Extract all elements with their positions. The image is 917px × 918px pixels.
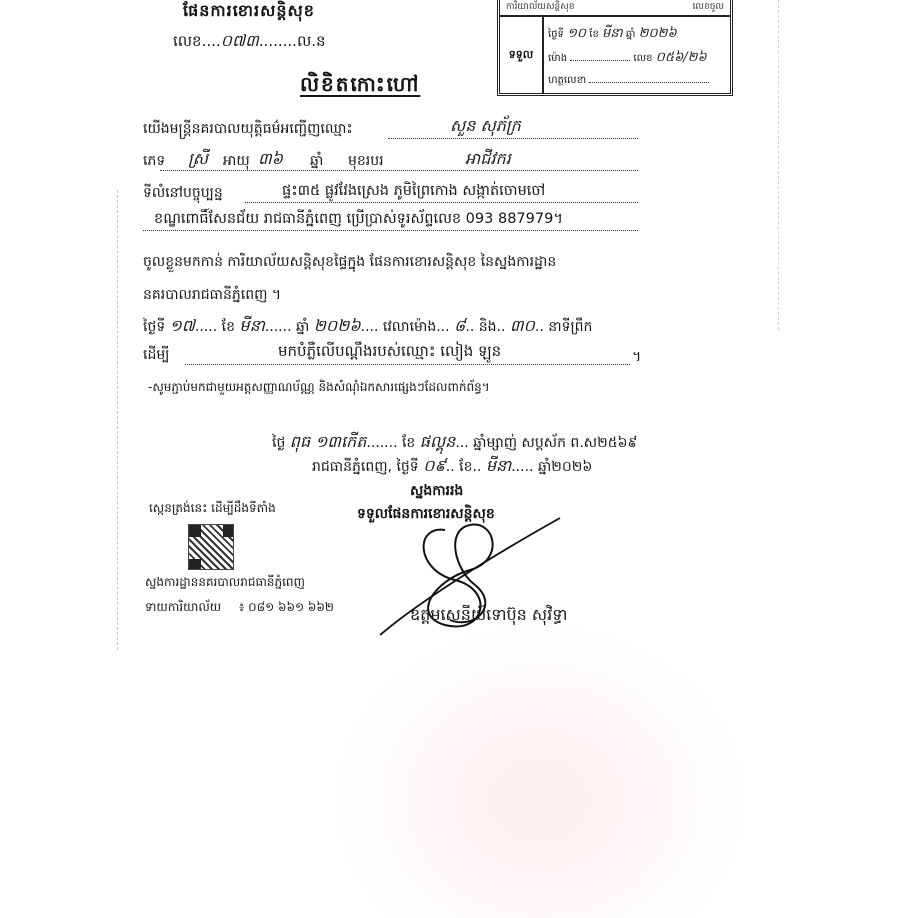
age-unit: ឆ្នាំ [310, 154, 323, 168]
qr-phone: ទាយការិយាល័យ ៖ ០៨១ ៦៦១ ៦៦២ [145, 601, 334, 613]
day-value: ១៧ [170, 316, 195, 335]
receipt-stamp: ការិយាល័យសន្តិសុខ លេខចូល ទទួល ថ្ងៃទី ១០ … [497, 0, 733, 96]
stamp-day: ១០ [567, 26, 586, 41]
person-name: សួន សុភ័ក្រ [450, 118, 521, 134]
fold-line-right [778, 0, 780, 330]
address-label: ទីលំនៅបច្ចុប្បន្ន [143, 186, 223, 200]
stamp-month-label: ខែ [589, 29, 599, 40]
signer-name: ឧត្តមសេនីយ៍ទោប៊ុន សុវិទ្ធា [410, 607, 567, 623]
month-value: មីនា [239, 316, 264, 335]
issue-month-label: ខែ [459, 459, 472, 475]
stamp-office: ការិយាល័យសន្តិសុខ [506, 1, 575, 13]
qr-agency: ស្នងការដ្ឋាននគរបាលរាជធានីភ្នំពេញ [145, 576, 305, 588]
minute-value: ៣០ [510, 316, 535, 335]
time-label: វេលាម៉ោង [383, 319, 436, 335]
purpose-label: ដើម្បី [143, 348, 169, 362]
issue-month: មីនា [486, 456, 511, 475]
lunar-month: ផល្គុន [420, 432, 456, 451]
lunar-prefix: ថ្ងៃ [272, 435, 285, 451]
lunar-date: ថ្ងៃ ពុធ ១៣កើត....... ខែ ផល្គុន... ឆ្នាំ… [272, 434, 637, 450]
stamp-year: ២០២៦ [639, 26, 677, 41]
stamp-entry: លេខចូល [693, 1, 724, 13]
stamp-signature-label: ហត្ថលេខា [548, 75, 586, 86]
age-label: អាយុ [223, 154, 250, 168]
age-value: ៣៦ [258, 151, 283, 167]
note-text: -សូមភ្ជាប់មកជាមួយអត្តសញ្ញាណប័ណ្ណ និងសំណុ… [148, 381, 490, 393]
number-label: លេខ [173, 32, 202, 50]
stamp-signature-row: ហត្ថលេខា [548, 73, 724, 88]
minute-suffix: នាទីព្រឹក [548, 319, 592, 335]
summon-line-1: ចូលខ្លួនមកកាន់ ការិយាល័យសន្តិសុខផ្ទៃក្នុ… [143, 255, 556, 269]
hour-value: ៨ [454, 316, 465, 335]
sex-label: ភេទ [143, 154, 165, 168]
purpose-value: មកបំភ្លឺលើបណ្តឹងរបស់ឈ្មោះ លៀង ឡូន [278, 344, 501, 359]
month-label: ខែ [222, 319, 235, 335]
qr-code[interactable] [188, 524, 234, 570]
stamp-day-label: ថ្ងៃទី [548, 29, 564, 40]
number-value: ០៧៣ [221, 31, 259, 50]
appointment-datetime: ថ្ងៃទី ១៧..... ខែ មីនា...... ឆ្នាំ ២០២៦.… [143, 318, 592, 334]
lunar-day: ពុធ ១៣កើត [290, 432, 367, 451]
page-title: លិខិតកោះហៅ [300, 74, 420, 94]
issue-date: រាជធានីភ្នំពេញ, ថ្ងៃទី ០៩.. ខែ.. មីនា...… [312, 458, 592, 474]
officer-label: យើងមន្ត្រីនគរបាលយុត្តិធម៌អញ្ជើញឈ្មោះ [143, 122, 353, 136]
year-value: ២០២៦ [314, 316, 361, 335]
signer-title-1: ស្នងការរង [410, 484, 463, 498]
sex-value: ស្រី [188, 151, 208, 167]
stamp-month: មីនា [602, 26, 623, 41]
summon-line-2: នគរបាលរាជធានីភ្នំពេញ ។ [143, 288, 281, 302]
stamp-header: ការិយាល័យសន្តិសុខ លេខចូល [500, 0, 730, 17]
lunar-year: ឆ្នាំម្សាញ់ សប្តស័ក ព.ស២៥៦៩ [473, 435, 637, 451]
stamp-side-label: ទទួល [500, 17, 544, 93]
day-label: ថ្ងៃទី [143, 319, 165, 335]
phone-label: ទាយការិយាល័យ [145, 600, 221, 614]
lunar-month-label: ខែ [402, 435, 415, 451]
issue-place-prefix: រាជធានីភ្នំពេញ, ថ្ងៃទី [312, 459, 419, 475]
fold-line-left [117, 190, 119, 650]
phone-value: ៖ ០៨១ ៦៦១ ៦៦២ [239, 600, 334, 614]
stamp-time-row: ម៉ោង លេខ ០៥៦/២៦ [548, 49, 724, 68]
stamp-number-label: លេខ [633, 53, 652, 64]
occupation-label: មុខរបរ [348, 154, 384, 168]
document-number: លេខ....០៧៣........ល.ន [173, 33, 326, 49]
number-suffix: ល.ន [297, 32, 326, 50]
address-line-2: ខណ្ឌពោធិ៍សែនជ័យ រាជធានីភ្នំពេញ ប្រើប្រាស… [154, 212, 563, 227]
purpose-end: ។ [632, 350, 641, 364]
occupation-value: អាជីវករ [465, 151, 511, 167]
issue-day: ០៩ [423, 456, 446, 475]
address-line-1: ផ្ទះ៣៥ ផ្លូវវែងស្រេង ភូមិព្រៃកោង សង្កាត់… [282, 184, 545, 199]
qr-scan-text: ស្កេនត្រង់នេះ ដើម្បីដឹងទីតាំង [149, 502, 276, 514]
and-label: និង [479, 319, 497, 335]
issue-year: ឆ្នាំ២០២៦ [538, 459, 592, 475]
stamp-year-label: ឆ្នាំ [626, 29, 636, 40]
year-label: ឆ្នាំ [296, 319, 309, 335]
stamp-date-row: ថ្ងៃទី ១០ ខែ មីនា ឆ្នាំ ២០២៦ [548, 25, 724, 44]
paper-tint [330, 620, 750, 918]
stamp-time-label: ម៉ោង [548, 53, 567, 64]
department-name: ផែនការខោរសន្តិសុខ [183, 3, 315, 19]
stamp-number: ០៥៦/២៦ [656, 50, 707, 65]
